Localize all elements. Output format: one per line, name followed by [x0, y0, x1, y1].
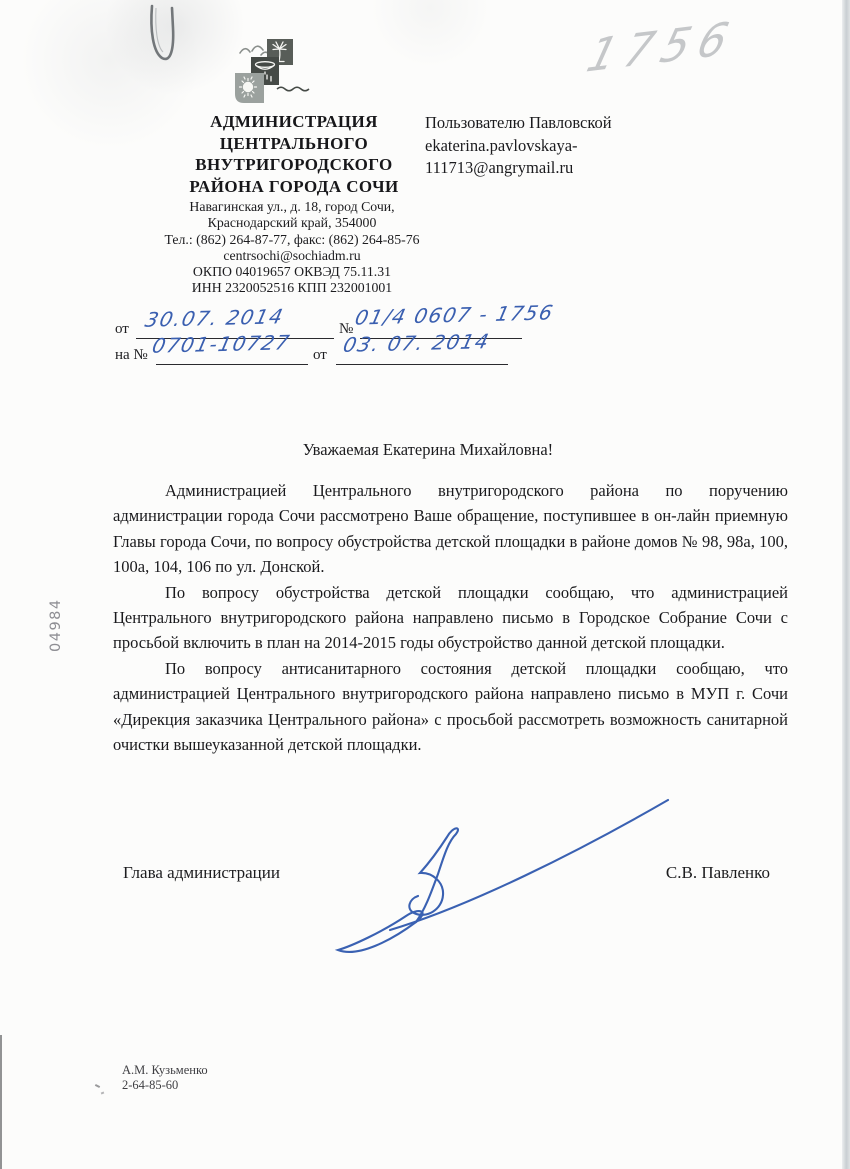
body-paragraph: По вопросу обустройства детской площадки… — [113, 580, 788, 656]
handwritten-outgoing-number: 01/4 0607 - 1756 — [353, 300, 557, 329]
salutation: Уважаемая Екатерина Михайловна! — [113, 440, 743, 460]
org-okpo-okved: ОКПО 04019657 ОКВЭД 75.11.31 — [106, 264, 478, 280]
handwritten-outgoing-date: 30.07. 2014 — [143, 304, 287, 332]
letter-body: Администрацией Центрального внутригородс… — [113, 478, 788, 757]
executor-block: А.М. Кузьменко 2-64-85-60 — [122, 1063, 208, 1093]
org-address-block: Навагинская ул., д. 18, город Сочи, Крас… — [106, 199, 478, 297]
executor-name: А.М. Кузьменко — [122, 1063, 208, 1078]
body-paragraph: Администрацией Центрального внутригородс… — [113, 478, 788, 580]
recipient-block: Пользователю Павловской ekaterina.pavlov… — [425, 112, 612, 180]
org-inn-kpp: ИНН 2320052516 КПП 232001001 — [106, 280, 478, 296]
scan-left-edge — [0, 1035, 2, 1169]
org-email: centrsochi@sochiadm.ru — [106, 248, 478, 264]
body-paragraph: По вопросу антисанитарного состояния дет… — [113, 656, 788, 758]
org-address-line: Навагинская ул., д. 18, город Сочи, — [106, 199, 478, 215]
scanned-letter-page: 1756 АДМИНИСТРАЦИЯ ЦЕНТРАЛЬНОГО ВНУТРИГО… — [0, 0, 850, 1169]
scan-speck — [101, 1092, 105, 1095]
executor-phone: 2-64-85-60 — [122, 1078, 208, 1093]
org-name-block: АДМИНИСТРАЦИЯ ЦЕНТРАЛЬНОГО ВНУТРИГОРОДСК… — [128, 111, 460, 197]
handwritten-incoming-number: 0701-10727 — [150, 330, 293, 358]
org-name-line: ВНУТРИГОРОДСКОГО — [128, 154, 460, 176]
ref-from-label: от — [115, 321, 129, 338]
org-name-line: РАЙОНА ГОРОДА СОЧИ — [128, 176, 460, 198]
scan-edge-strip — [842, 0, 850, 1169]
signer-name: С.В. Павленко — [630, 863, 770, 883]
ref-reply-label: на № — [115, 347, 148, 364]
org-name-line: АДМИНИСТРАЦИЯ — [128, 111, 460, 133]
org-address-line: Краснодарский край, 354000 — [106, 215, 478, 231]
org-name-line: ЦЕНТРАЛЬНОГО — [128, 133, 460, 155]
handwritten-incoming-date: 03. 07. 2014 — [341, 329, 492, 357]
recipient-email-line: ekaterina.pavlovskaya- — [425, 135, 612, 158]
pencil-registration-number: 1756 — [581, 12, 742, 83]
org-address-line: Тел.: (862) 264-87-77, факс: (862) 264-8… — [106, 232, 478, 248]
signer-title: Глава администрации — [123, 863, 280, 883]
ref-reply-date-label: от — [313, 347, 327, 364]
sochi-coat-of-arms-icon — [231, 30, 319, 120]
recipient-name: Пользователю Павловской — [425, 112, 612, 135]
scan-speck — [95, 1084, 100, 1088]
registry-code-vertical: 04984 — [48, 598, 64, 652]
paperclip-icon — [140, 2, 195, 70]
handwritten-signature — [320, 790, 680, 965]
recipient-email-line: 111713@angrymail.ru — [425, 157, 612, 180]
